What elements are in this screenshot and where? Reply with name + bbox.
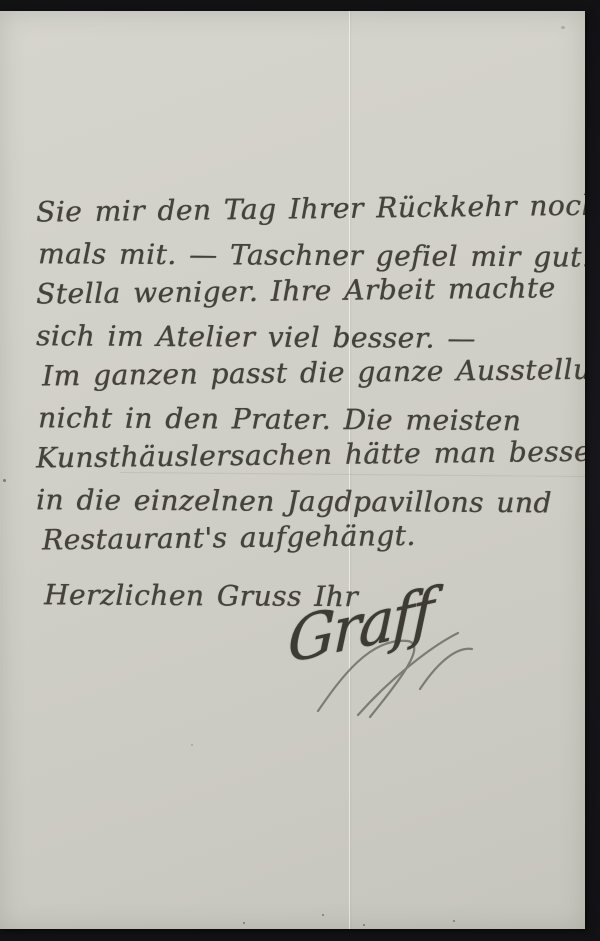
handwritten-line: Sie mir den Tag Ihrer Rückkehr noch- bbox=[0, 185, 585, 233]
paper-speck bbox=[191, 744, 193, 746]
letter-body: Sie mir den Tag Ihrer Rückkehr noch- mal… bbox=[0, 192, 585, 615]
handwritten-line: Stella weniger. Ihre Arbeit machte bbox=[0, 267, 585, 315]
paper-speck bbox=[363, 924, 365, 926]
photo-background: Sie mir den Tag Ihrer Rückkehr noch- mal… bbox=[0, 0, 600, 941]
paper-speck bbox=[561, 26, 565, 29]
paper-speck bbox=[322, 914, 324, 916]
paper-speck bbox=[243, 922, 245, 924]
handwritten-line: Im ganzen passt die ganze Ausstellung bbox=[0, 349, 585, 397]
paper-speck bbox=[453, 920, 455, 922]
handwritten-line: Restaurant's aufgehängt. bbox=[0, 513, 585, 561]
letter-paper: Sie mir den Tag Ihrer Rückkehr noch- mal… bbox=[0, 11, 585, 929]
handwritten-line: Kunsthäuslersachen hätte man besser bbox=[0, 431, 585, 479]
